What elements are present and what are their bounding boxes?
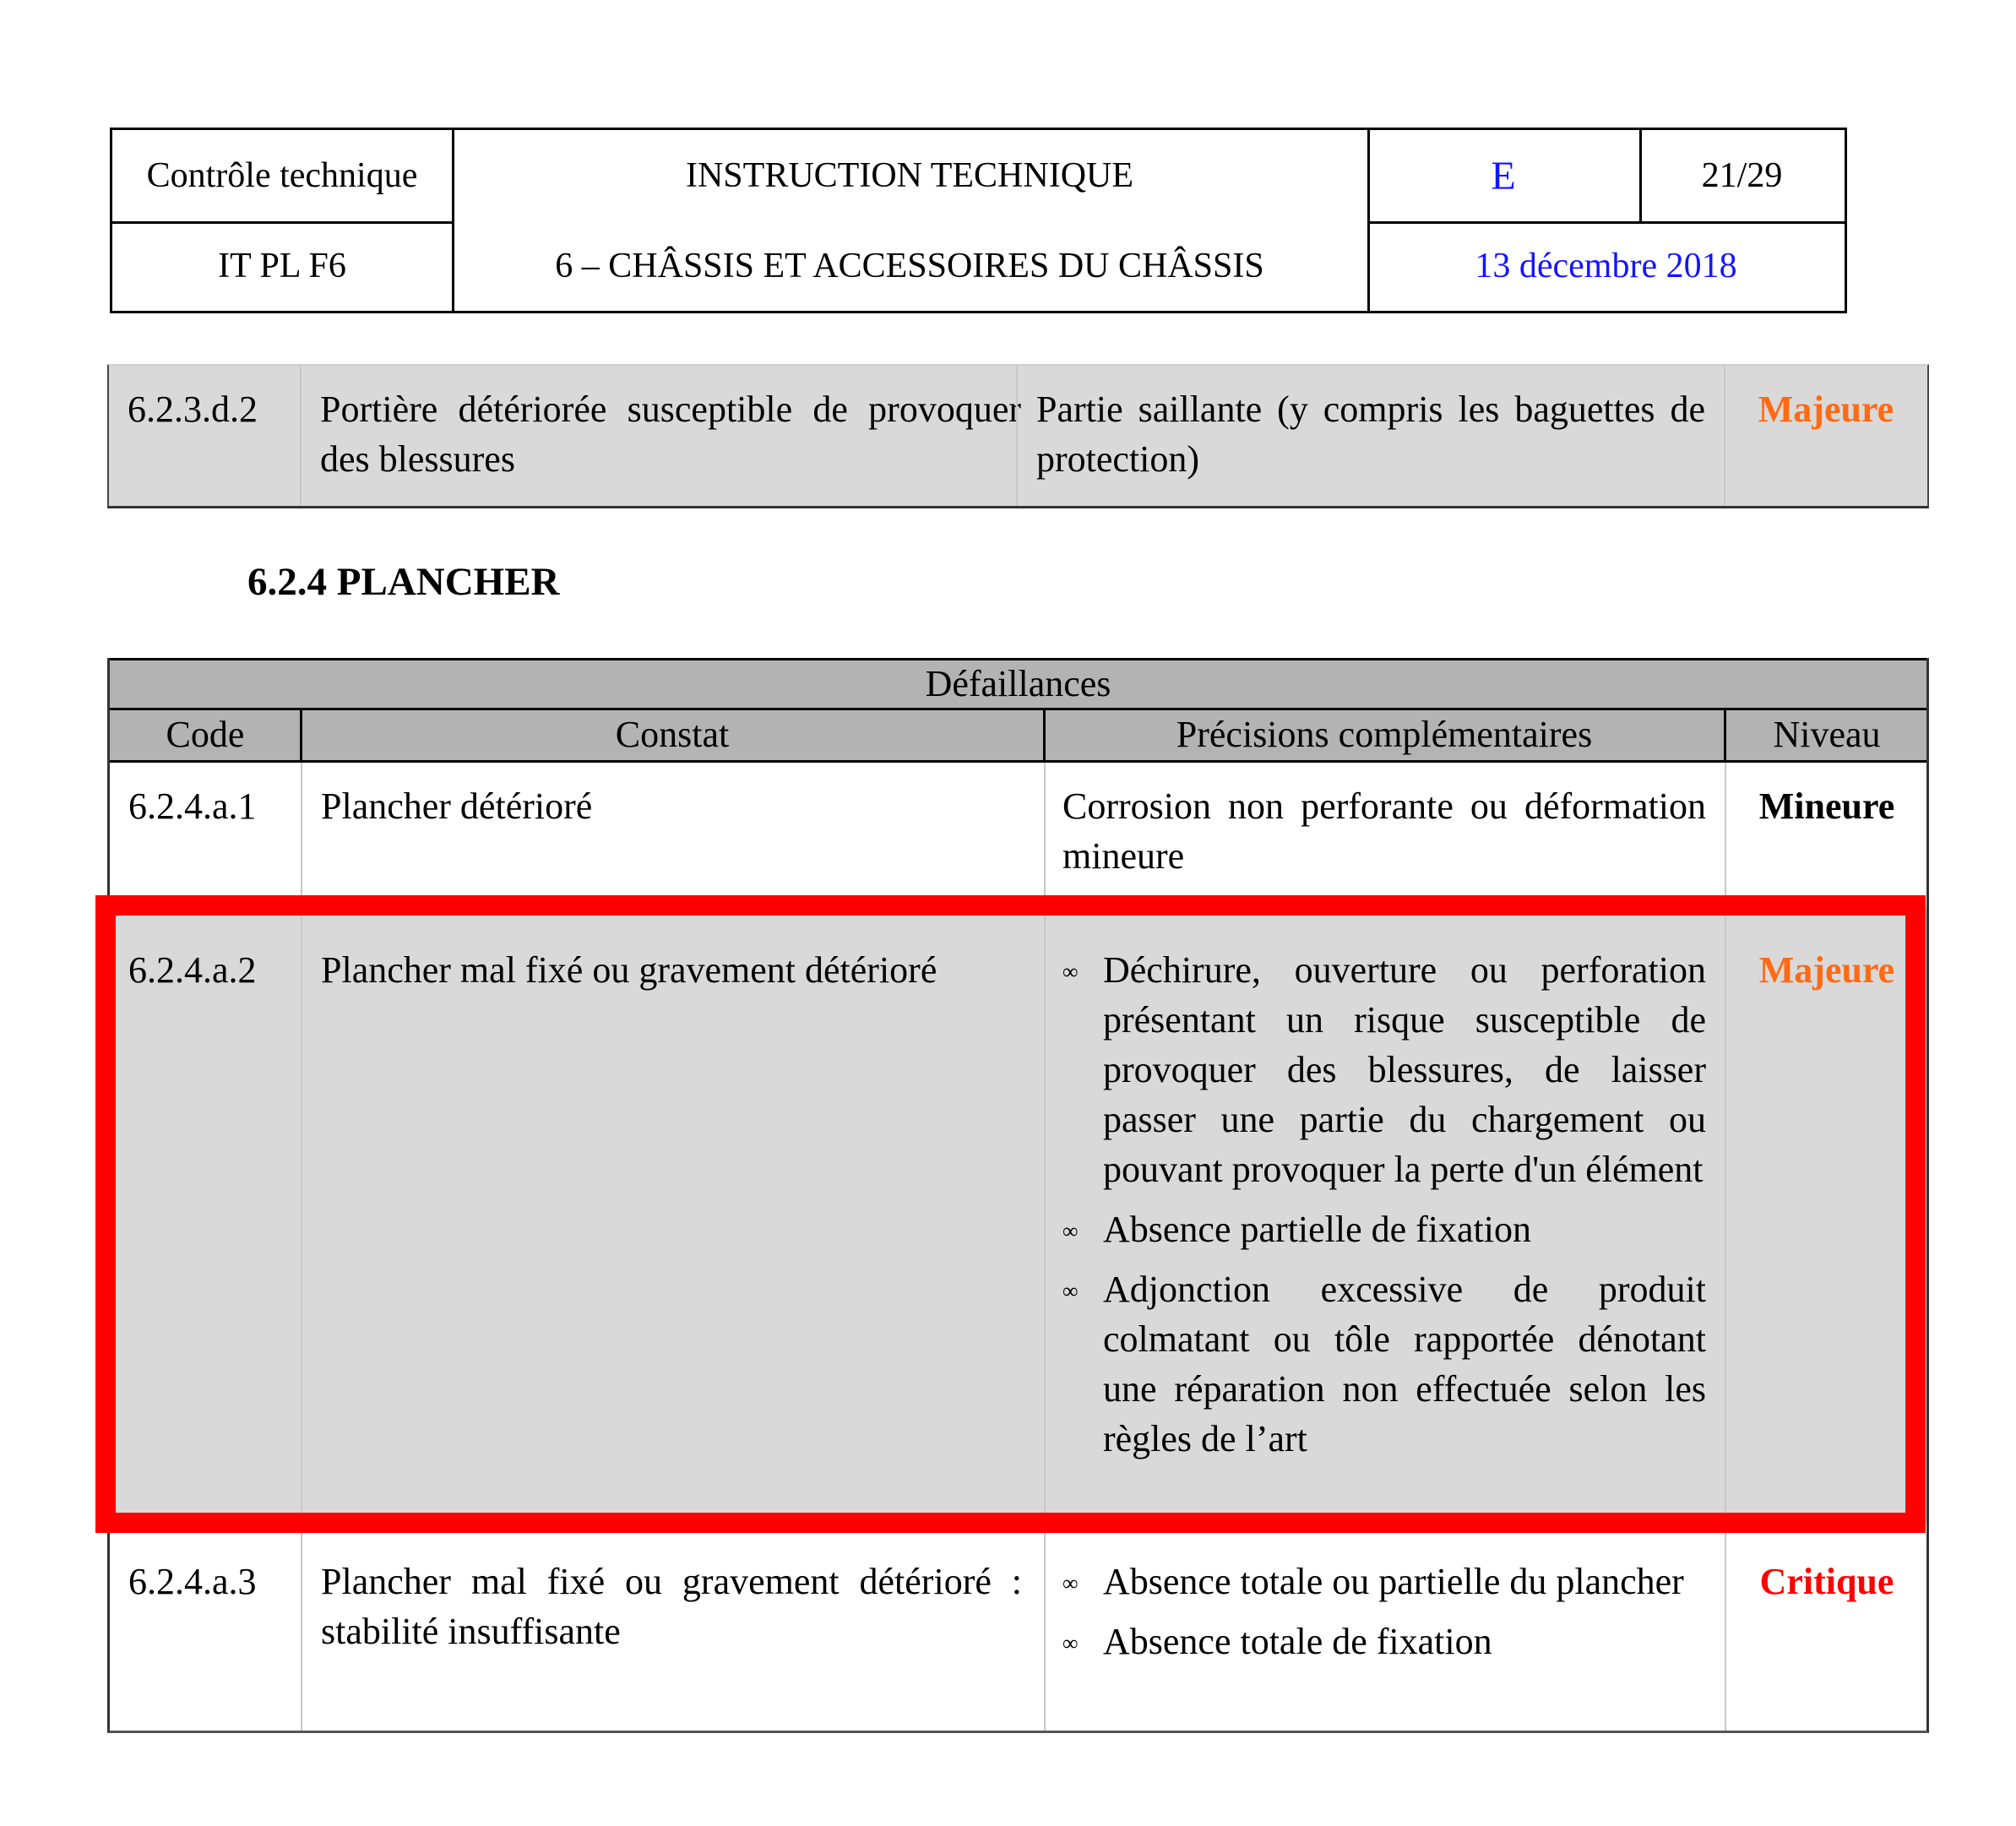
defect-level: Critique bbox=[1725, 1523, 1929, 1731]
infinity-bullet-icon: ∞ bbox=[1062, 947, 1079, 997]
precision-bullet: ∞Absence partielle de fixation bbox=[1062, 1204, 1706, 1254]
defect-precisions: Corrosion non perforante ou déformation … bbox=[1044, 763, 1725, 906]
infinity-bullet-icon: ∞ bbox=[1062, 1618, 1079, 1668]
defect-table: Défaillances Code Constat Précisions com… bbox=[107, 658, 1929, 1733]
defect-constat: Plancher mal fixé ou gravement détérioré… bbox=[301, 1523, 1044, 1731]
column-header-precisions: Précisions complémentaires bbox=[1044, 710, 1725, 760]
header-doc-type: INSTRUCTION TECHNIQUE bbox=[452, 130, 1367, 221]
document-header: Contrôle technique INSTRUCTION TECHNIQUE… bbox=[110, 128, 1847, 313]
defect-constat: Portière détériorée susceptible de provo… bbox=[300, 366, 1043, 506]
defect-precisions: ∞Déchirure, ouverture ou perforation pré… bbox=[1044, 906, 1725, 1523]
document-page: Contrôle technique INSTRUCTION TECHNIQUE… bbox=[0, 0, 2016, 1826]
column-header-constat: Constat bbox=[301, 710, 1044, 760]
header-reference: IT PL F6 bbox=[112, 221, 452, 311]
column-header-niveau: Niveau bbox=[1725, 710, 1929, 760]
defect-level: Majeure bbox=[1724, 366, 1928, 506]
table-column-headers: Code Constat Précisions complémentaires … bbox=[110, 710, 1926, 763]
precision-bullet: ∞Absence totale de fixation bbox=[1062, 1617, 1706, 1666]
header-chapter: 6 – CHÂSSIS ET ACCESSOIRES DU CHÂSSIS bbox=[452, 221, 1367, 311]
defect-level: Majeure bbox=[1725, 906, 1929, 1523]
defect-precisions: Partie saillante (y compris les baguette… bbox=[1018, 366, 1724, 506]
defect-precisions: ∞Absence totale ou partielle du plancher… bbox=[1044, 1523, 1725, 1731]
precision-bullet: ∞Déchirure, ouverture ou perforation pré… bbox=[1062, 945, 1706, 1194]
table-row: 6.2.4.a.3 Plancher mal fixé ou gravement… bbox=[110, 1523, 1926, 1731]
table-row: 6.2.4.a.1 Plancher détérioré Corrosion n… bbox=[110, 763, 1926, 906]
infinity-bullet-icon: ∞ bbox=[1062, 1266, 1079, 1316]
previous-defect-table: 6.2.3.d.2 Portière détériorée susceptibl… bbox=[107, 364, 1929, 508]
defect-code: 6.2.4.a.1 bbox=[110, 763, 301, 906]
defect-constat: Plancher détérioré bbox=[301, 763, 1044, 906]
defect-code: 6.2.4.a.3 bbox=[110, 1523, 301, 1731]
defect-code: 6.2.3.d.2 bbox=[109, 366, 300, 506]
defect-code: 6.2.4.a.2 bbox=[110, 906, 301, 1523]
header-organisation: Contrôle technique bbox=[112, 130, 452, 221]
precision-bullet: ∞Adjonction excessive de produit colmata… bbox=[1062, 1264, 1706, 1464]
infinity-bullet-icon: ∞ bbox=[1062, 1206, 1079, 1256]
section-title: 6.2.4 PLANCHER bbox=[247, 559, 559, 605]
defect-constat: Plancher mal fixé ou gravement détérioré bbox=[301, 906, 1044, 1523]
infinity-bullet-icon: ∞ bbox=[1062, 1558, 1079, 1608]
header-page-number: 21/29 bbox=[1639, 130, 1845, 221]
header-date: 13 décembre 2018 bbox=[1367, 221, 1845, 311]
table-row: 6.2.4.a.2 Plancher mal fixé ou gravement… bbox=[110, 906, 1926, 1523]
precision-bullet: ∞Absence totale ou partielle du plancher bbox=[1062, 1557, 1706, 1606]
table-row: 6.2.3.d.2 Portière détériorée susceptibl… bbox=[109, 366, 1927, 506]
header-version: E bbox=[1367, 130, 1639, 221]
column-header-code: Code bbox=[110, 710, 301, 760]
table-group-header: Défaillances bbox=[110, 658, 1926, 710]
defect-level: Mineure bbox=[1725, 763, 1929, 906]
